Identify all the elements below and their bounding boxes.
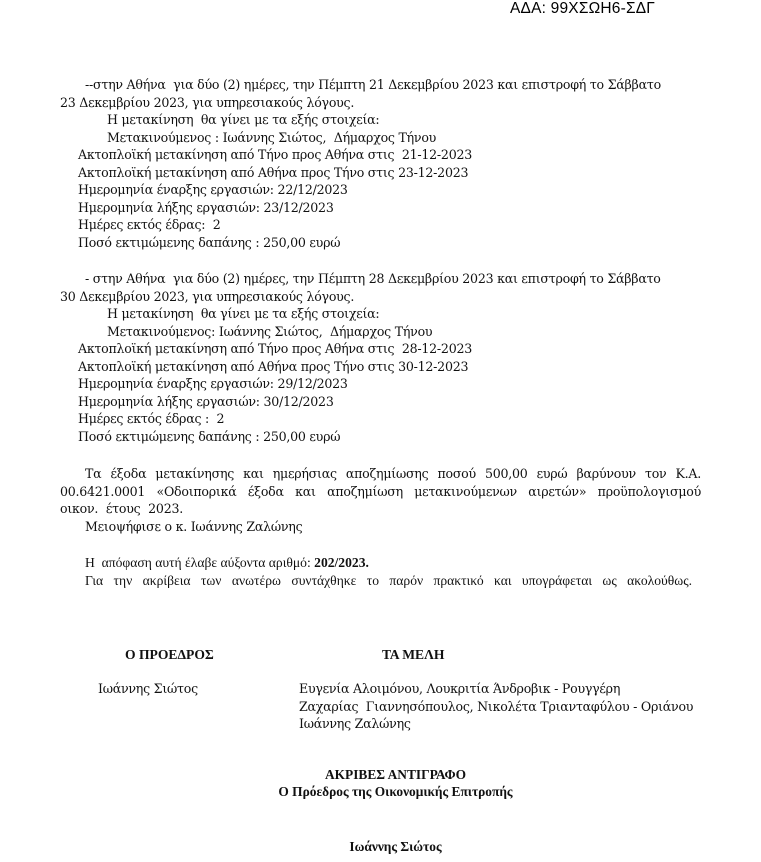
trip-estimated-cost: Ποσό εκτιμώμενης δαπάνης : 250,00 ευρώ xyxy=(60,234,701,252)
trip-end-date: Ημερομηνία λήξης εργασιών: 23/12/2023 xyxy=(60,199,701,217)
signatory-name: Ιωάννης Σιώτος xyxy=(0,838,761,855)
trip-outbound: Ακτοπλοϊκή μετακίνηση από Τήνο προς Αθήν… xyxy=(60,146,701,164)
committee-title: Ο Πρόεδρος της Οικονομικής Επιτροπής xyxy=(0,783,761,800)
trip-end-date: Ημερομηνία λήξης εργασιών: 30/12/2023 xyxy=(60,393,701,411)
president-name: Ιωάννης Σιώτος xyxy=(98,680,198,698)
trip-outbound: Ακτοπλοϊκή μετακίνηση από Τήνο προς Αθήν… xyxy=(60,340,701,358)
decision-number-label: Η απόφαση αυτή έλαβε αύξοντα αριθμό: xyxy=(85,555,314,570)
trip-start-date: Ημερομηνία έναρξης εργασιών: 22/12/2023 xyxy=(60,181,701,199)
trip-days-away: Ημέρες εκτός έδρας : 2 xyxy=(60,410,701,428)
dissent-note: Μειοψήφισε ο κ. Ιωάννης Ζαλώνης xyxy=(60,518,701,536)
certification-footer: ΑΚΡΙΒΕΣ ΑΝΤΙΓΡΑΦΟ Ο Πρόεδρος της Οικονομ… xyxy=(0,766,761,855)
trip-details-heading: Η μετακίνηση θα γίνει με τα εξής στοιχεί… xyxy=(60,111,701,129)
trip-return: Ακτοπλοϊκή μετακίνηση από Αθήνα προς Τήν… xyxy=(60,358,701,376)
trip-return: Ακτοπλοϊκή μετακίνηση από Αθήνα προς Τήν… xyxy=(60,164,701,182)
trip-intro-line: --στην Αθήνα για δύο (2) ημέρες, την Πέμ… xyxy=(60,76,701,94)
spacer xyxy=(60,251,701,270)
spacer xyxy=(60,535,701,554)
decision-number-line: Η απόφαση αυτή έλαβε αύξοντα αριθμό: 202… xyxy=(60,554,701,572)
trip-traveler: Μετακινούμενος : Ιωάννης Σιώτος, Δήμαρχο… xyxy=(60,129,701,147)
trip-details-heading: Η μετακίνηση θα γίνει με τα εξής στοιχεί… xyxy=(60,305,701,323)
expenses-paragraph: Τα έξοδα μετακίνησης και ημερήσιας αποζη… xyxy=(60,465,701,518)
trip-section-2: - στην Αθήνα για δύο (2) ημέρες, την Πέμ… xyxy=(60,270,701,445)
trip-estimated-cost: Ποσό εκτιμώμενης δαπάνης : 250,00 ευρώ xyxy=(60,428,701,446)
members-list: Ευγενία Αλοιμόνου, Λουκριτία Άνδροβικ - … xyxy=(299,680,693,733)
trip-traveler: Μετακινούμενος: Ιωάννης Σιώτος, Δήμαρχος… xyxy=(60,323,701,341)
member-line: Ιωάννης Ζαλώνης xyxy=(299,715,693,733)
president-heading: Ο ΠΡΟΕΔΡΟΣ xyxy=(125,646,214,664)
trip-intro-line-cont: 30 Δεκεμβρίου 2023, για υπηρεσιακούς λόγ… xyxy=(60,288,701,306)
ada-identifier: ΑΔΑ: 99ΧΣΩΗ6-ΣΔΓ xyxy=(510,0,655,18)
trip-days-away: Ημέρες εκτός έδρας: 2 xyxy=(60,216,701,234)
document-body: --στην Αθήνα για δύο (2) ημέρες, την Πέμ… xyxy=(60,76,701,589)
certified-copy-label: ΑΚΡΙΒΕΣ ΑΝΤΙΓΡΑΦΟ xyxy=(0,766,761,783)
trip-section-1: --στην Αθήνα για δύο (2) ημέρες, την Πέμ… xyxy=(60,76,701,251)
closing-statement: Για την ακρίβεια των ανωτέρω συντάχθηκε … xyxy=(60,572,701,590)
members-heading: ΤΑ ΜΕΛΗ xyxy=(382,646,444,664)
trip-intro-line: - στην Αθήνα για δύο (2) ημέρες, την Πέμ… xyxy=(60,270,701,288)
member-line: Ευγενία Αλοιμόνου, Λουκριτία Άνδροβικ - … xyxy=(299,680,693,698)
spacer xyxy=(60,445,701,465)
decision-number-value: 202/2023. xyxy=(314,555,369,570)
trip-intro-line-cont: 23 Δεκεμβρίου 2023, για υπηρεσιακούς λόγ… xyxy=(60,94,701,112)
trip-start-date: Ημερομηνία έναρξης εργασιών: 29/12/2023 xyxy=(60,375,701,393)
member-line: Ζαχαρίας Γιαννησόπουλος, Νικολέτα Τριαντ… xyxy=(299,698,693,716)
